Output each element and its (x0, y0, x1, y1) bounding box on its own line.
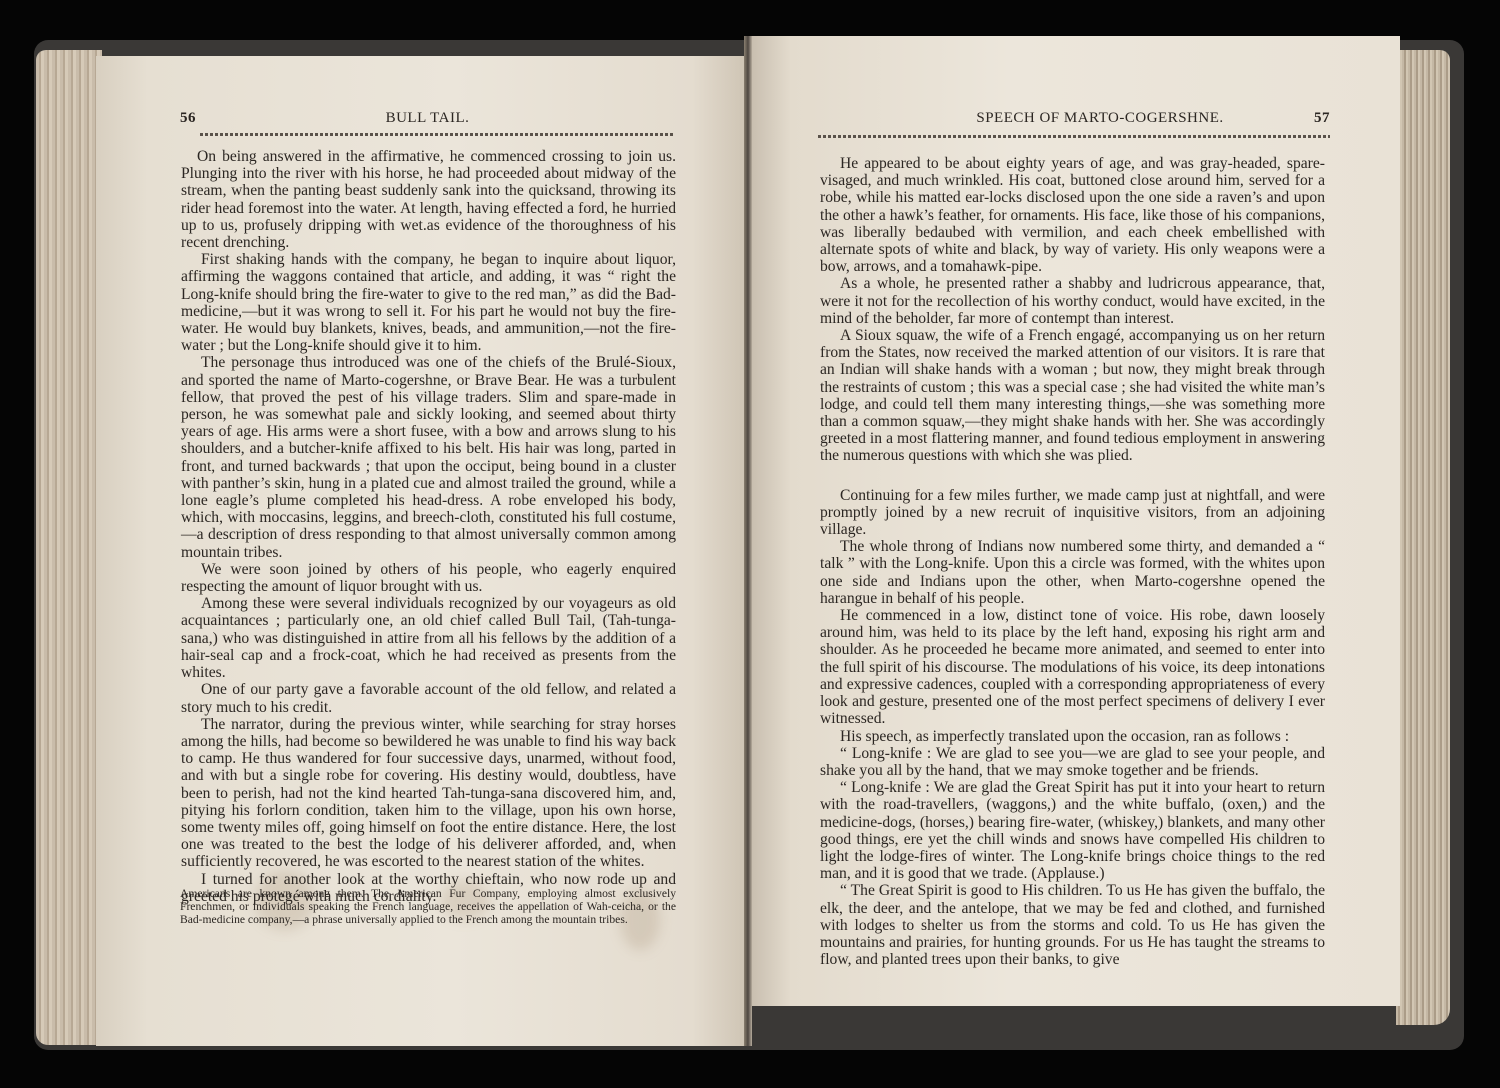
right-running-title: SPEECH OF MARTO-COGERSHNE. (885, 110, 1315, 127)
page-edges-right (1396, 50, 1450, 1025)
paragraph: On being answered in the affirmative, he… (181, 148, 676, 251)
left-body-text: On being answered in the affirmative, he… (181, 148, 676, 905)
paragraph: “ Long-knife : We are glad the Great Spi… (820, 779, 1325, 882)
left-running-head: 56 BULL TAIL. (180, 110, 675, 132)
paragraph: His speech, as imperfectly translated up… (820, 728, 1325, 745)
right-body-text: He appeared to be about eighty years of … (820, 155, 1325, 968)
paragraph: He appeared to be about eighty years of … (820, 155, 1325, 275)
left-footnote: Americans are known among them. The Amer… (180, 888, 676, 926)
paragraph: The personage thus introduced was one of… (181, 354, 676, 560)
page-edges-left (36, 50, 102, 1045)
paragraph: As a whole, he presented rather a shabby… (820, 275, 1325, 327)
paragraph: A Sioux squaw, the wife of a French enga… (820, 327, 1325, 465)
paragraph: He commenced in a low, distinct tone of … (820, 607, 1325, 727)
paragraph: One of our party gave a favorable accoun… (181, 681, 676, 715)
paragraph: “ The Great Spirit is good to His childr… (820, 882, 1325, 968)
right-page-number: 57 (1314, 110, 1330, 127)
paragraph: The narrator, during the previous winter… (181, 716, 676, 871)
paragraph: Continuing for a few miles further, we m… (820, 487, 1325, 539)
right-header-rule (818, 135, 1330, 138)
paragraph: First shaking hands with the company, he… (181, 251, 676, 354)
paragraph: “ Long-knife : We are glad to see you—we… (820, 745, 1325, 779)
right-running-head: SPEECH OF MARTO-COGERSHNE. 57 (825, 110, 1330, 132)
paragraph: The whole throng of Indians now numbered… (820, 538, 1325, 607)
paragraph: Among these were several individuals rec… (181, 595, 676, 681)
left-header-rule (200, 133, 675, 136)
paragraph: We were soon joined by others of his peo… (181, 561, 676, 595)
book-gutter (744, 36, 752, 1046)
left-running-title: BULL TAIL. (180, 110, 675, 127)
